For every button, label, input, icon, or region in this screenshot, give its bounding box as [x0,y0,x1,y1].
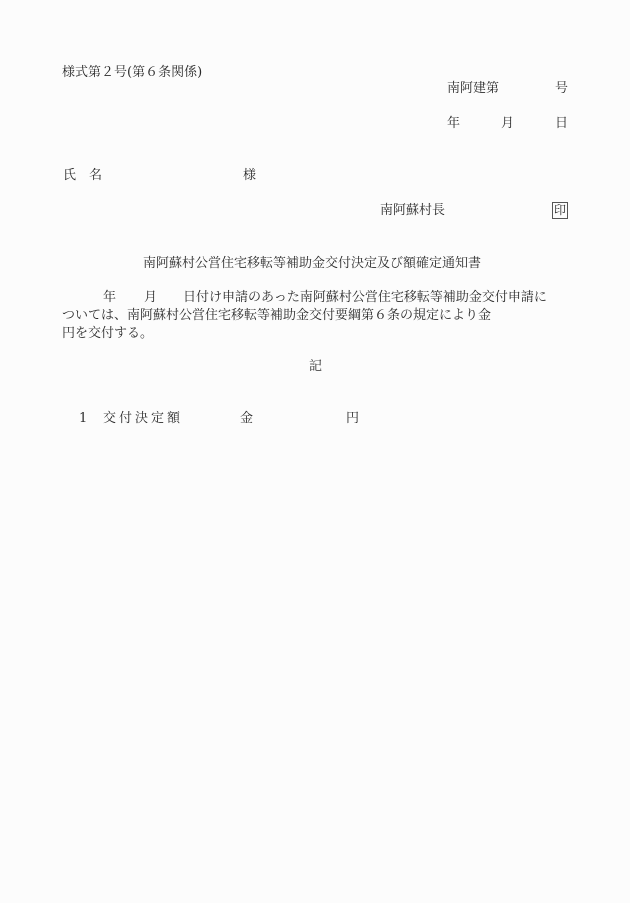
date-month: 月 [501,116,514,132]
recipient-honorific: 様 [243,168,256,184]
date-day: 日 [555,116,568,132]
form-label: 様式第２号(第６条関係) [62,65,202,81]
recipient-name-label: 氏 名 [63,168,102,184]
document-page: 様式第２号(第６条関係) 南阿建第 号 年 月 日 氏 名 様 南阿蘇村長 印 … [0,0,630,903]
document-title: 南阿蘇村公営住宅移転等補助金交付決定及び額確定通知書 [143,256,481,272]
reference-suffix: 号 [555,81,568,97]
body-line-2: ついては、南阿蘇村公営住宅移転等補助金交付要綱第６条の規定により金 [62,307,562,325]
body-year: 年 [103,290,116,305]
body-line-1-rest: 日付け申請のあった南阿蘇村公営住宅移転等補助金交付申請に [183,290,547,305]
body-paragraph: 年月日付け申請のあった南阿蘇村公営住宅移転等補助金交付申請に ついては、南阿蘇村… [62,289,562,343]
issuer-seal: 印 [552,202,568,219]
issuer-title: 南阿蘇村長 [380,203,445,219]
date-year: 年 [447,116,460,132]
body-month: 月 [144,290,157,305]
body-line-3: 円を交付する。 [62,325,562,343]
item-currency-suffix: 円 [346,411,359,427]
note-heading: 記 [309,359,322,375]
reference-prefix: 南阿建第 [447,81,499,97]
item-number: 1 [79,411,87,427]
item-currency-prefix: 金 [240,411,253,427]
item-label: 交付決定額 [103,411,183,427]
seal-stamp: 印 [552,202,568,219]
body-line-1: 年月日付け申請のあった南阿蘇村公営住宅移転等補助金交付申請に [62,289,562,307]
